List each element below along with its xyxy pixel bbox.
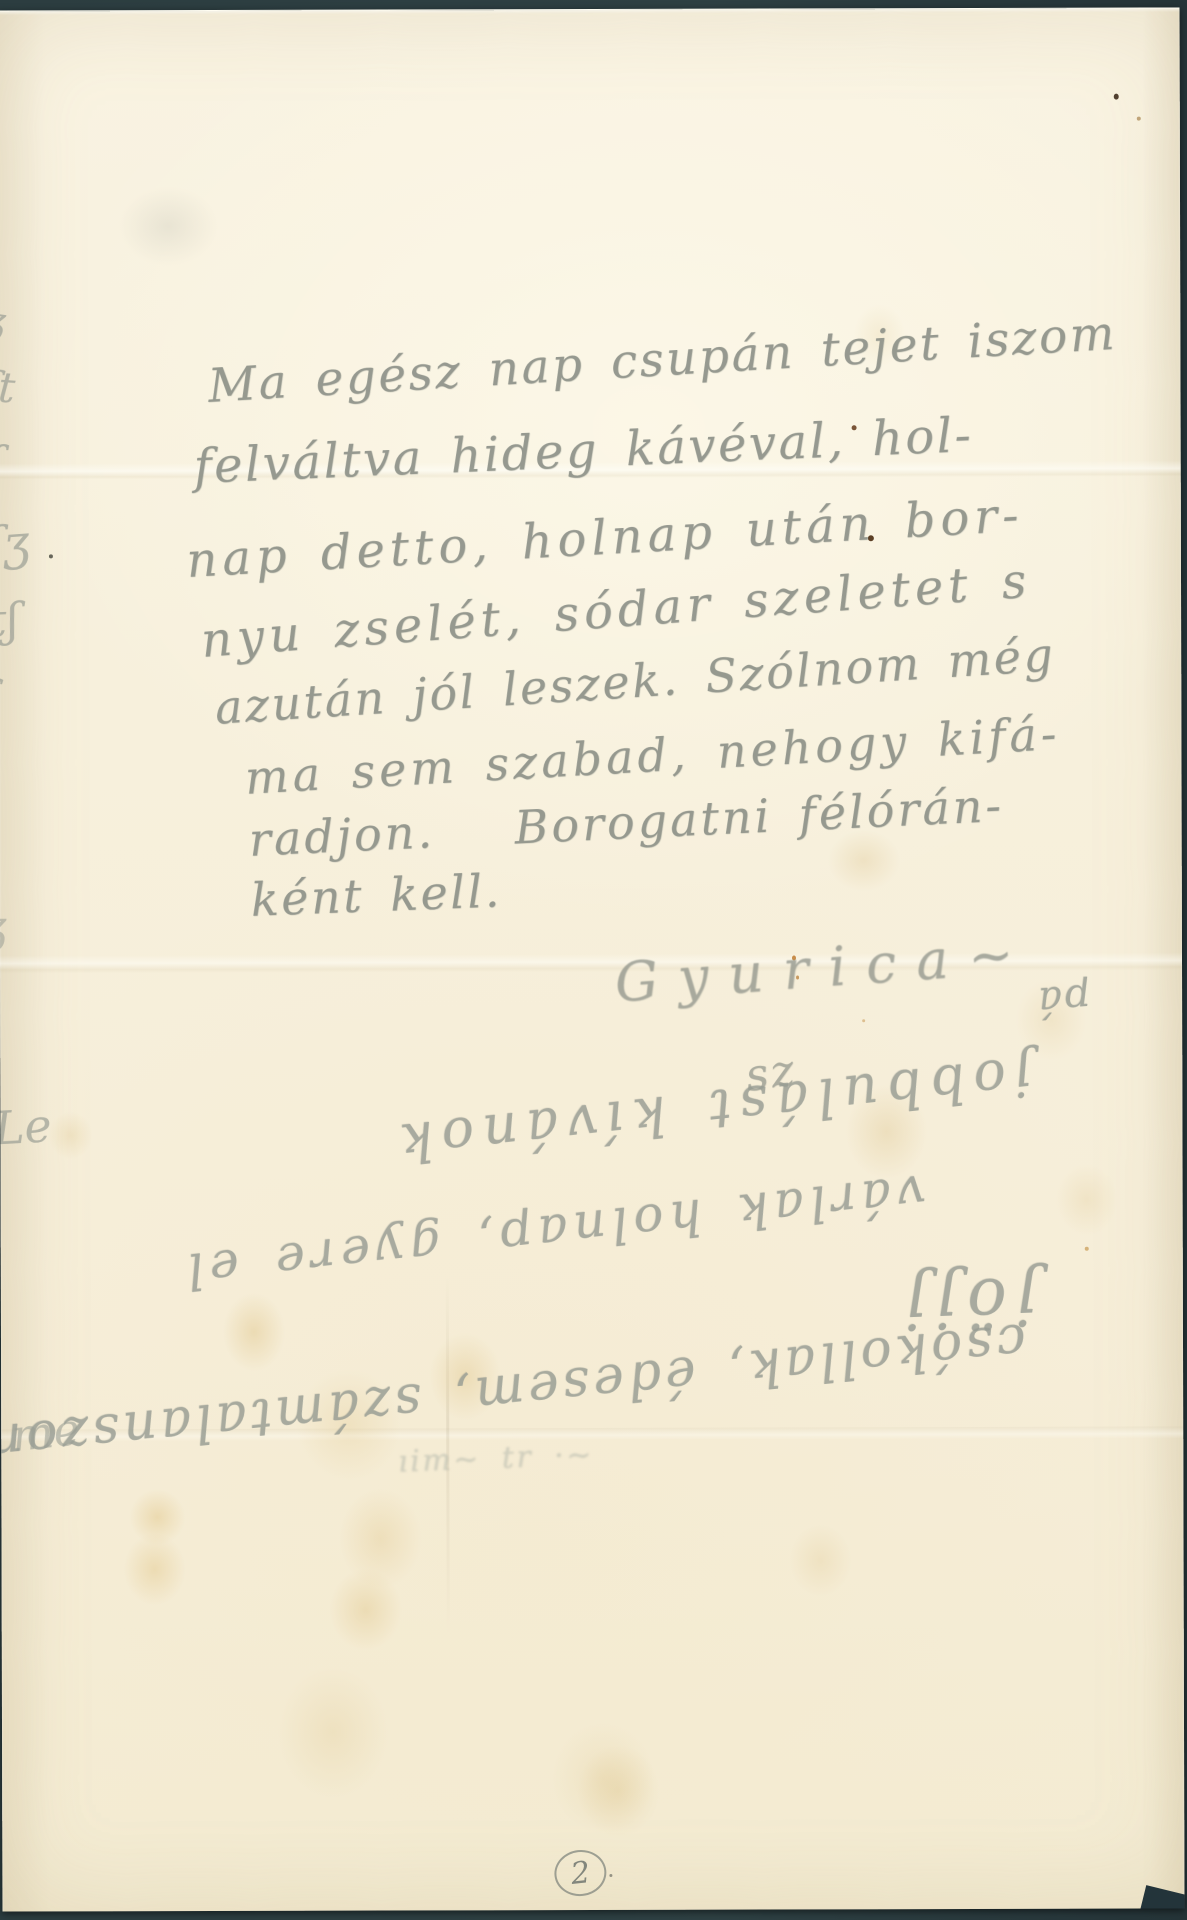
stain xyxy=(577,1745,659,1837)
stain xyxy=(277,1666,389,1798)
stain xyxy=(330,1568,402,1650)
stain xyxy=(124,1533,186,1605)
letter-paper-sheet: Ma egész nap csupán tejet iszom felváltv… xyxy=(0,7,1184,1911)
ink-speck xyxy=(1085,1247,1089,1251)
ink-speck xyxy=(1114,94,1119,100)
ghost-marks: ıim~ tr ·~ xyxy=(397,1437,594,1479)
edge-stroke: tʃ xyxy=(0,592,20,647)
torn-corner xyxy=(1140,1885,1184,1911)
stain xyxy=(118,186,218,266)
edge-stroke: ʃ xyxy=(0,438,3,489)
edge-stroke: ʒ xyxy=(0,300,8,343)
stain xyxy=(48,1111,92,1159)
edge-stroke: ſt xyxy=(0,362,17,413)
edge-stroke: ſʒ xyxy=(0,514,32,573)
stain xyxy=(789,1524,851,1596)
edge-stroke: Le xyxy=(0,1098,53,1155)
signature-name: Gyurica xyxy=(613,926,971,1014)
handwriting-line-2: felváltva hideg kávéval, hol- xyxy=(193,407,975,495)
handwriting-line-1: Ma egész nap csupán tejet iszom xyxy=(206,306,1118,414)
scanned-letter-page: Ma egész nap csupán tejet iszom felváltv… xyxy=(0,0,1187,1920)
edge-stroke: ʒ xyxy=(0,902,7,953)
stain xyxy=(223,1293,285,1371)
upside-down-line-2: pá xyxy=(1035,975,1093,1025)
stain xyxy=(129,1489,185,1545)
signature-flourish: ~ xyxy=(966,921,1036,989)
stain xyxy=(339,1488,421,1588)
stain xyxy=(552,1722,654,1834)
edge-stroke: me xyxy=(9,1404,82,1462)
ink-speck xyxy=(1137,117,1141,121)
ink-speck xyxy=(49,554,53,558)
upside-down-line-3: várlak holnap, gyere el xyxy=(179,1163,929,1301)
page-number-badge: 2 xyxy=(552,1847,609,1898)
page-number: 2 xyxy=(569,1855,592,1892)
ink-speck xyxy=(609,1874,612,1877)
stain xyxy=(1056,1164,1118,1236)
